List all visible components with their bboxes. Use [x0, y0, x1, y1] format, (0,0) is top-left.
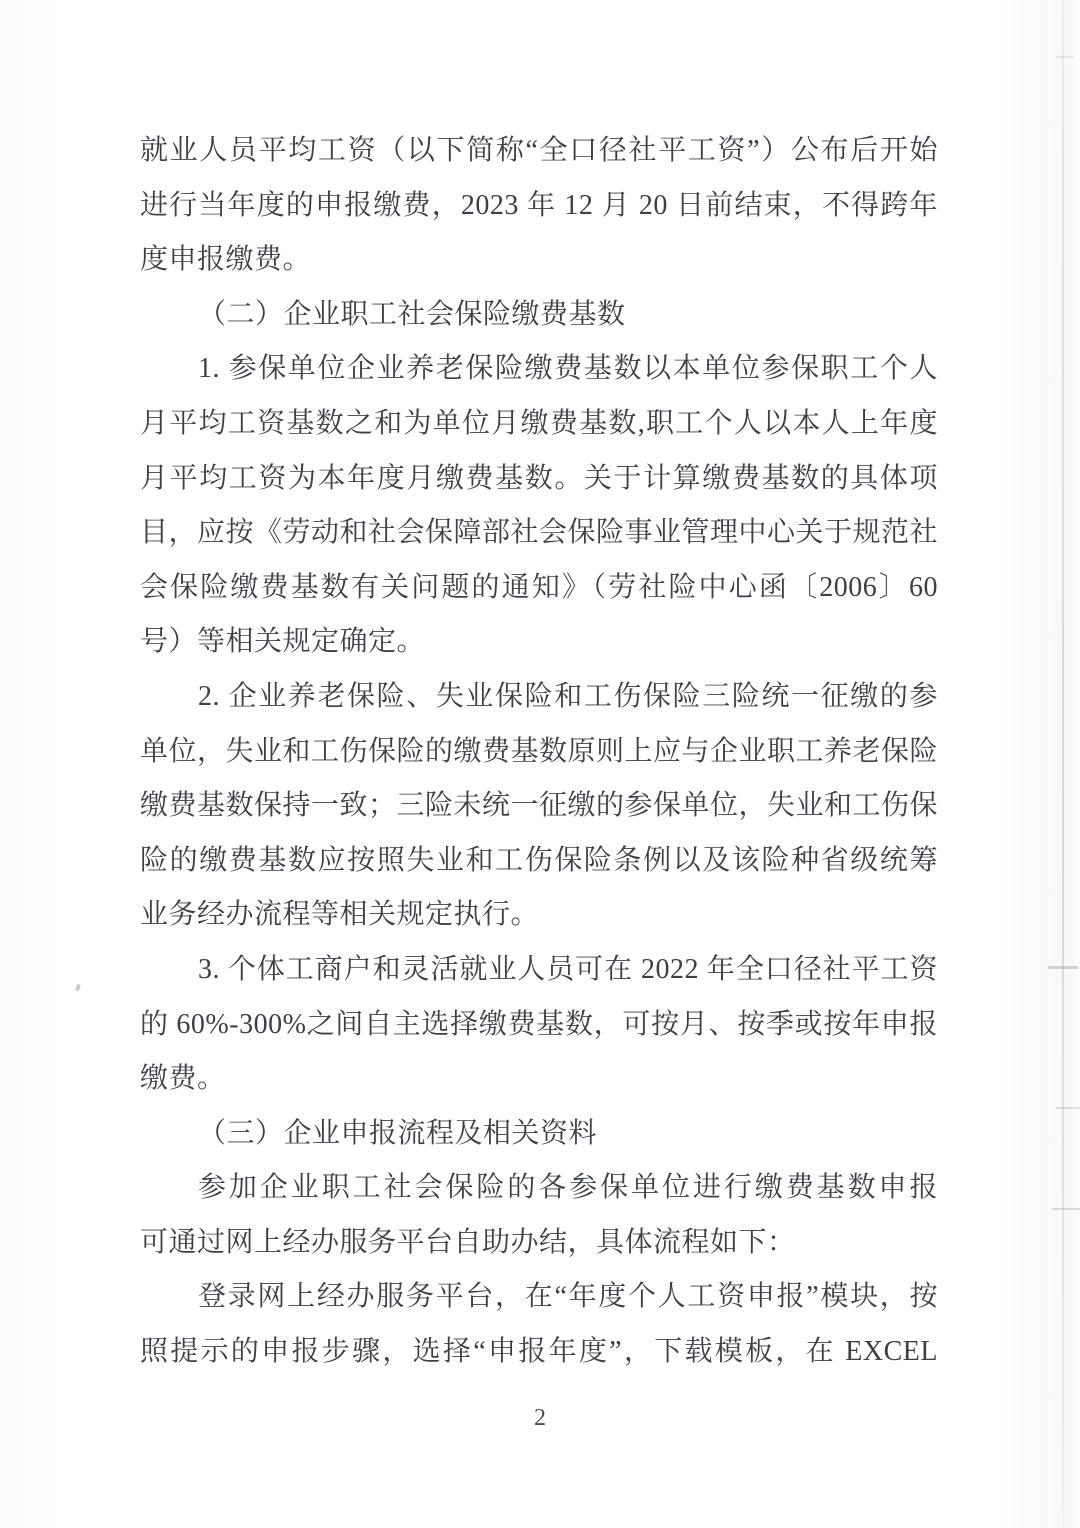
text-line: 目，应按《劳动和社会保障部社会保险事业管理中心关于规范社: [140, 506, 938, 561]
text-line: 登录网上经办服务平台，在“年度个人工资申报”模块，按: [140, 1270, 938, 1325]
text-line: 度申报缴费。: [140, 233, 938, 288]
document-body: 就业人员平均工资（以下简称“全口径社平工资”）公布后开始进行当年度的申报缴费，2…: [140, 124, 938, 1380]
page-number: 2: [0, 1398, 1080, 1438]
scan-artifact-tick: [1056, 1107, 1080, 1109]
text-line: 进行当年度的申报缴费，2023 年 12 月 20 日前结束，不得跨年: [140, 179, 938, 234]
scan-edge-line: [1062, 0, 1064, 1528]
para-continued-from-previous-page: 就业人员平均工资（以下简称“全口径社平工资”）公布后开始进行当年度的申报缴费，2…: [140, 124, 938, 288]
text-line: 3. 个体工商户和灵活就业人员可在 2022 年全口径社平工资: [140, 943, 938, 998]
text-line: 号）等相关规定确定。: [140, 615, 938, 670]
para-item-1: 1. 参保单位企业养老保险缴费基数以本单位参保职工个人月平均工资基数之和为单位月…: [140, 342, 938, 670]
text-line: 月平均工资为本年度月缴费基数。关于计算缴费基数的具体项: [140, 452, 938, 507]
text-line: 会保险缴费基数有关问题的通知》（劳社险中心函〔2006〕60: [140, 561, 938, 616]
text-line: 参加企业职工社会保险的各参保单位进行缴费基数申报时，: [140, 1161, 938, 1216]
para-item-3: 3. 个体工商户和灵活就业人员可在 2022 年全口径社平工资的 60%-300…: [140, 943, 938, 1107]
scan-artifact-tick: [1056, 56, 1074, 58]
text-line: 的 60%-300%之间自主选择缴费基数，可按月、按季或按年申报: [140, 998, 938, 1053]
scan-artifact-tick: [1052, 1208, 1080, 1210]
text-line: 就业人员平均工资（以下简称“全口径社平工资”）公布后开始: [140, 124, 938, 179]
text-line: 单位，失业和工伤保险的缴费基数原则上应与企业职工养老保险: [140, 725, 938, 780]
text-line: 照提示的申报步骤，选择“申报年度”，下载模板，在 EXCEL: [140, 1325, 938, 1380]
text-line: 2. 企业养老保险、失业保险和工伤保险三险统一征缴的参保: [140, 670, 938, 725]
heading-section-3: （三）企业申报流程及相关资料: [140, 1107, 938, 1162]
text-line: （二）企业职工社会保险缴费基数: [140, 288, 938, 343]
heading-section-2: （二）企业职工社会保险缴费基数: [140, 288, 938, 343]
text-line: 可通过网上经办服务平台自助办结，具体流程如下：: [140, 1216, 938, 1271]
para-declaration-intro: 参加企业职工社会保险的各参保单位进行缴费基数申报时，可通过网上经办服务平台自助办…: [140, 1161, 938, 1270]
text-line: 1. 参保单位企业养老保险缴费基数以本单位参保职工个人: [140, 342, 938, 397]
para-login-steps: 登录网上经办服务平台，在“年度个人工资申报”模块，按照提示的申报步骤，选择“申报…: [140, 1270, 938, 1379]
para-item-2: 2. 企业养老保险、失业保险和工伤保险三险统一征缴的参保单位，失业和工伤保险的缴…: [140, 670, 938, 943]
text-line: 月平均工资基数之和为单位月缴费基数,职工个人以本人上年度: [140, 397, 938, 452]
scanned-document-page: 就业人员平均工资（以下简称“全口径社平工资”）公布后开始进行当年度的申报缴费，2…: [0, 0, 1080, 1528]
scan-artifact-tick: [1048, 966, 1078, 969]
text-line: 缴费。: [140, 1052, 938, 1107]
text-line: 险的缴费基数应按照失业和工伤保险条例以及该险种省级统筹: [140, 834, 938, 889]
text-line: 缴费基数保持一致；三险未统一征缴的参保单位，失业和工伤保: [140, 779, 938, 834]
scan-artifact-speck: [75, 984, 81, 992]
text-line: 业务经办流程等相关规定执行。: [140, 888, 938, 943]
text-line: （三）企业申报流程及相关资料: [140, 1107, 938, 1162]
